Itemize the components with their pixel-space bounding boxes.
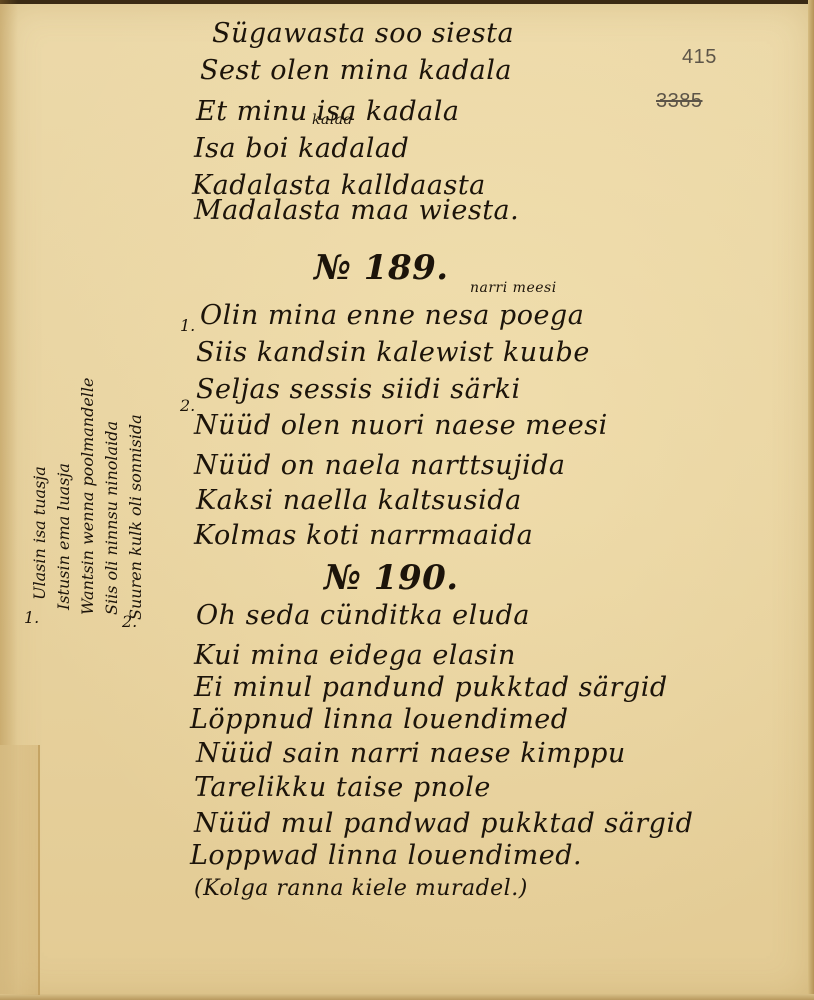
poem-189-line-2: Siis kandsin kalewist kuube — [196, 337, 590, 368]
margin-note-marker-1: 1. — [24, 608, 39, 627]
margin-note-marker-2: 2. — [122, 612, 137, 631]
poem-190-line-2: Kui mina eidega elasin — [194, 640, 516, 671]
poem-190-line-5: Nüüd sain narri naese kimppu — [196, 738, 626, 769]
margin-note-line-3: Wantsin wenna poolmandelle — [78, 378, 97, 616]
margin-note-line-5: Suuren kulk oli sonnisida — [126, 414, 145, 620]
archive-page-number: 415 — [682, 46, 717, 69]
poem-189-line-6: Kaksi naella kaltsusida — [196, 485, 522, 516]
margin-note-line-1: Ulasin isa tuasja — [30, 466, 49, 600]
poem-189-marker-2: 2. — [180, 396, 195, 415]
page-top-edge — [0, 0, 814, 4]
poem-top-line-2: Sest olen mina kadala — [200, 55, 512, 86]
poem-189-line-1: Olin mina enne nesa poega — [200, 300, 584, 331]
archive-old-number: 3385 — [656, 90, 703, 113]
poem-190-line-4: Löppnud linna louendimed — [190, 704, 569, 735]
poem-top-line-6: Madalasta maa wiesta. — [194, 195, 519, 226]
poem-190-line-7: Nüüd mul pandwad pukktad särgid — [194, 808, 693, 839]
poem-190-title: № 190. — [324, 558, 459, 598]
poem-190-line-1: Oh seda cünditka eluda — [196, 600, 530, 631]
poem-top-superscript-insert: kalad — [312, 112, 353, 128]
page-right-edge — [808, 0, 814, 1000]
poem-189-title: № 189. — [314, 248, 449, 288]
margin-note-line-2: Istusin ema luasja — [54, 463, 73, 610]
poem-190-source-note: (Kolga ranna kiele muradel.) — [194, 876, 528, 901]
poem-189-correction-insert: narri meesi — [470, 280, 557, 296]
poem-189-line-5: Nüüd on naela narttsujida — [194, 450, 566, 481]
margin-note-line-4: Siis oli ninnsu ninolaida — [102, 421, 121, 615]
manuscript-page: 415 3385 Sügawasta soo siesta Sest olen … — [0, 0, 814, 1000]
poem-190-line-3: Ei minul pandund pukktad särgid — [194, 672, 668, 703]
poem-190-line-8: Loppwad linna louendimed. — [190, 840, 582, 871]
poem-189-line-7: Kolmas koti narrmaaida — [194, 520, 533, 551]
poem-190-line-6: Tarelikku taise pnole — [194, 772, 491, 803]
page-bottom-edge — [0, 994, 814, 1000]
poem-189-line-4: Nüüd olen nuori naese meesi — [194, 410, 608, 441]
poem-189-line-3: Seljas sessis siidi särki — [196, 374, 521, 405]
poem-top-line-1: Sügawasta soo siesta — [212, 18, 514, 49]
binding-tape-strip — [0, 745, 40, 995]
poem-189-marker-1: 1. — [180, 316, 195, 335]
poem-top-line-4: Isa boi kadalad — [194, 133, 409, 164]
